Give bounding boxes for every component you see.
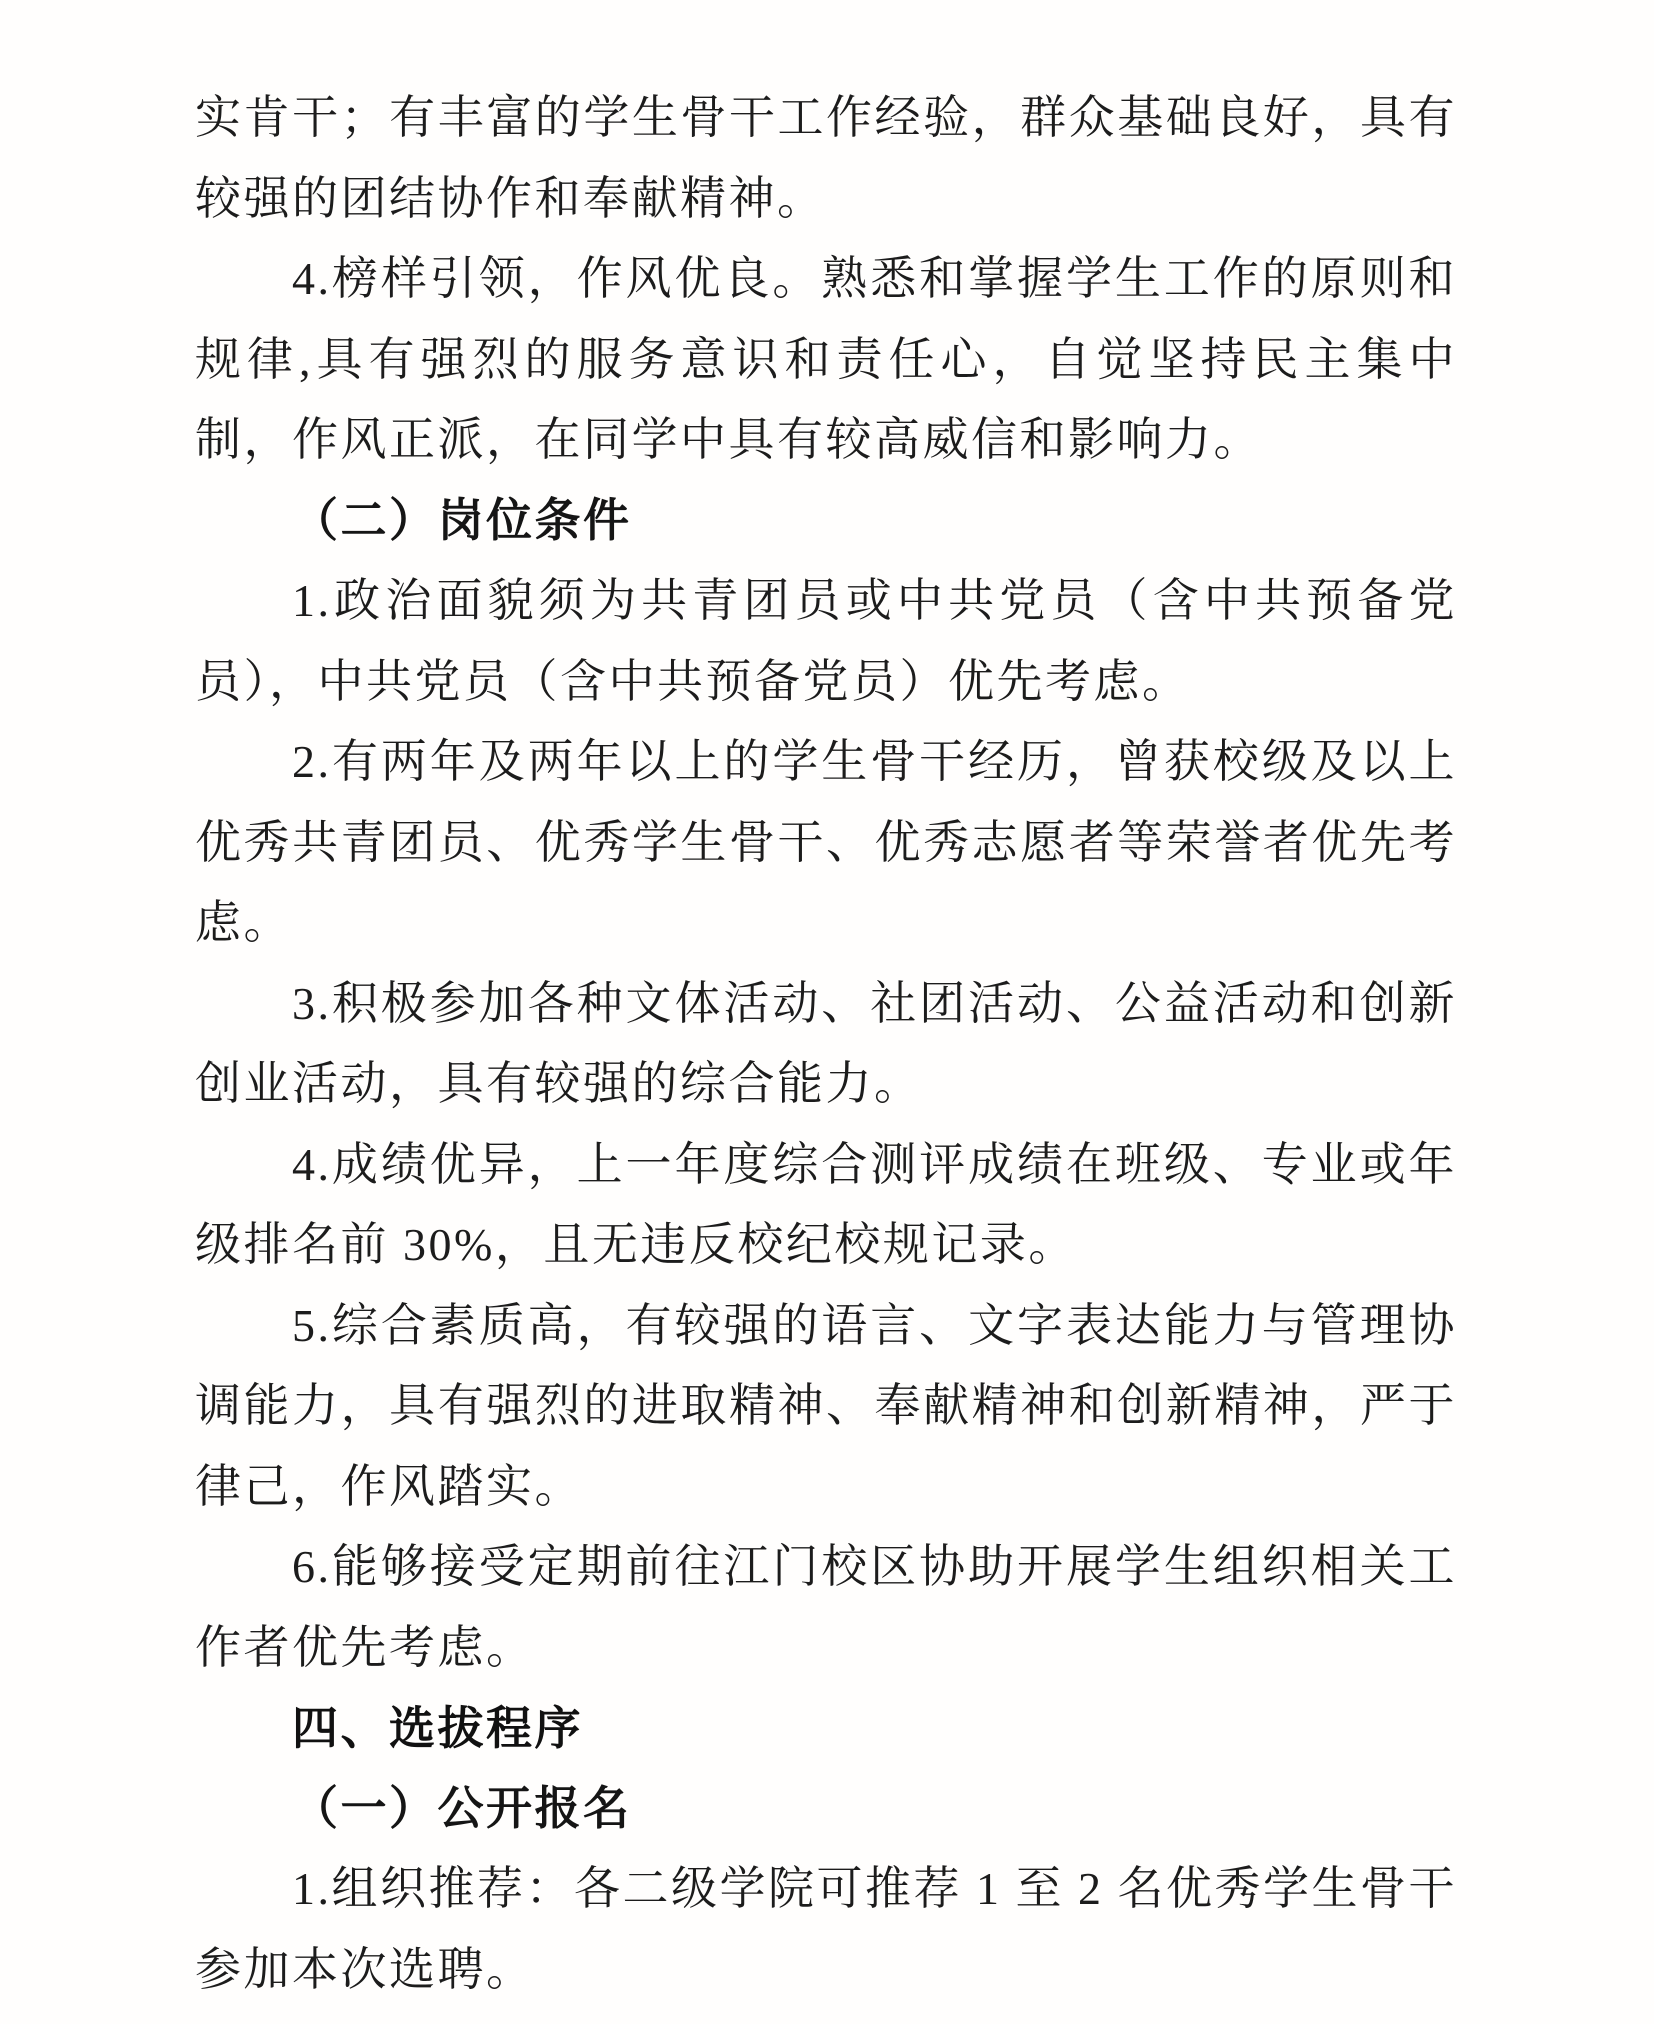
paragraph: 2.有两年及两年以上的学生骨干经历，曾获校级及以上优秀共青团员、优秀学生骨干、优… [195, 722, 1457, 964]
paragraph: 1.组织推荐：各二级学院可推荐 1 至 2 名优秀学生骨干参加本次选聘。 [195, 1849, 1457, 2010]
paragraph: 3.积极参加各种文体活动、社团活动、公益活动和创新创业活动，具有较强的综合能力。 [195, 964, 1457, 1125]
document-page: 实肯干；有丰富的学生骨干工作经验，群众基础良好，具有较强的团结协作和奉献精神。4… [0, 0, 1654, 2024]
document-content: 实肯干；有丰富的学生骨干工作经验，群众基础良好，具有较强的团结协作和奉献精神。4… [195, 78, 1457, 2010]
section-heading: （一）公开报名 [195, 1769, 1457, 1850]
paragraph: 实肯干；有丰富的学生骨干工作经验，群众基础良好，具有较强的团结协作和奉献精神。 [195, 78, 1457, 239]
paragraph: 4.成绩优异，上一年度综合测评成绩在班级、专业或年级排名前 30%，且无违反校纪… [195, 1125, 1457, 1286]
section-heading: 四、选拔程序 [195, 1688, 1457, 1769]
paragraph: 4.榜样引领，作风优良。熟悉和掌握学生工作的原则和规律,具有强烈的服务意识和责任… [195, 239, 1457, 481]
paragraph: 6.能够接受定期前往江门校区协助开展学生组织相关工作者优先考虑。 [195, 1527, 1457, 1688]
paragraph: 1.政治面貌须为共青团员或中共党员（含中共预备党员），中共党员（含中共预备党员）… [195, 561, 1457, 722]
section-heading: （二）岗位条件 [195, 481, 1457, 562]
paragraph: 5.综合素质高，有较强的语言、文字表达能力与管理协调能力，具有强烈的进取精神、奉… [195, 1286, 1457, 1528]
